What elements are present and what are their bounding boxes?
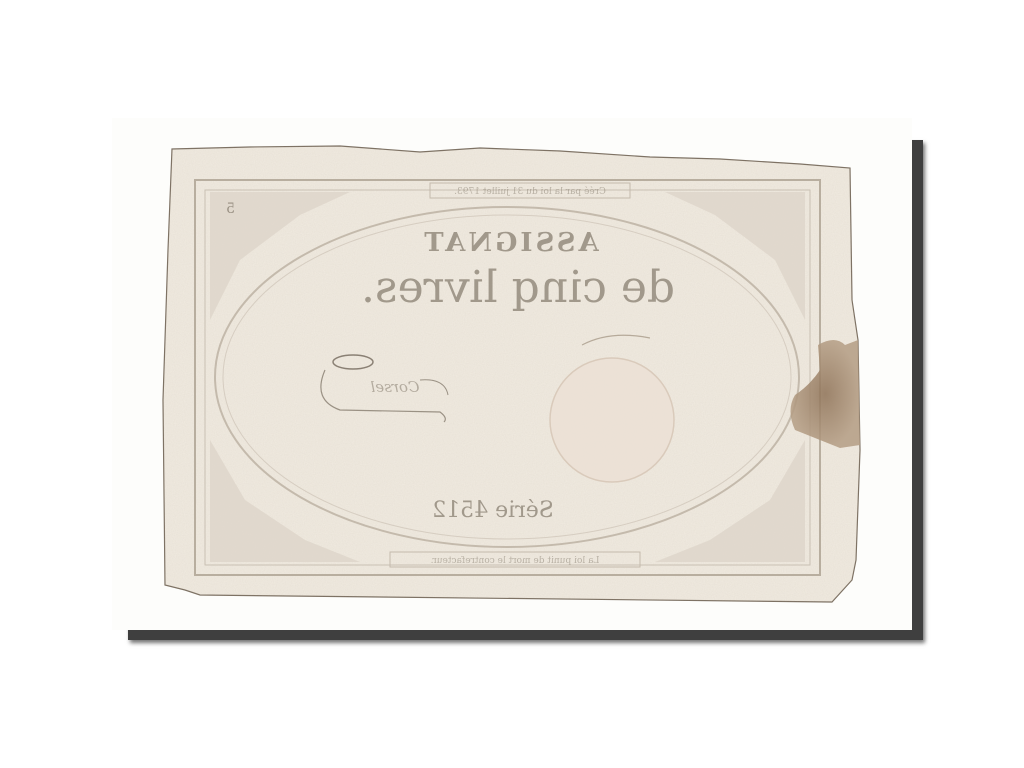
series-number: Série 4512 xyxy=(408,498,578,523)
bottom-strip-text: La loi punit de mort le contrefacteur. xyxy=(400,556,630,566)
top-strip-text: Créé par la loi du 31 juillet 1793. xyxy=(440,187,620,197)
banknote-paper: 5 xyxy=(0,0,1024,768)
banknote: 5 Créé par la loi du 31 juillet 1793. AS… xyxy=(0,0,1024,768)
note-title: ASSIGNAT xyxy=(400,228,620,258)
note-denomination: de cinq livres. xyxy=(318,262,718,313)
signature: Corsel xyxy=(350,378,440,396)
svg-text:5: 5 xyxy=(226,201,235,217)
